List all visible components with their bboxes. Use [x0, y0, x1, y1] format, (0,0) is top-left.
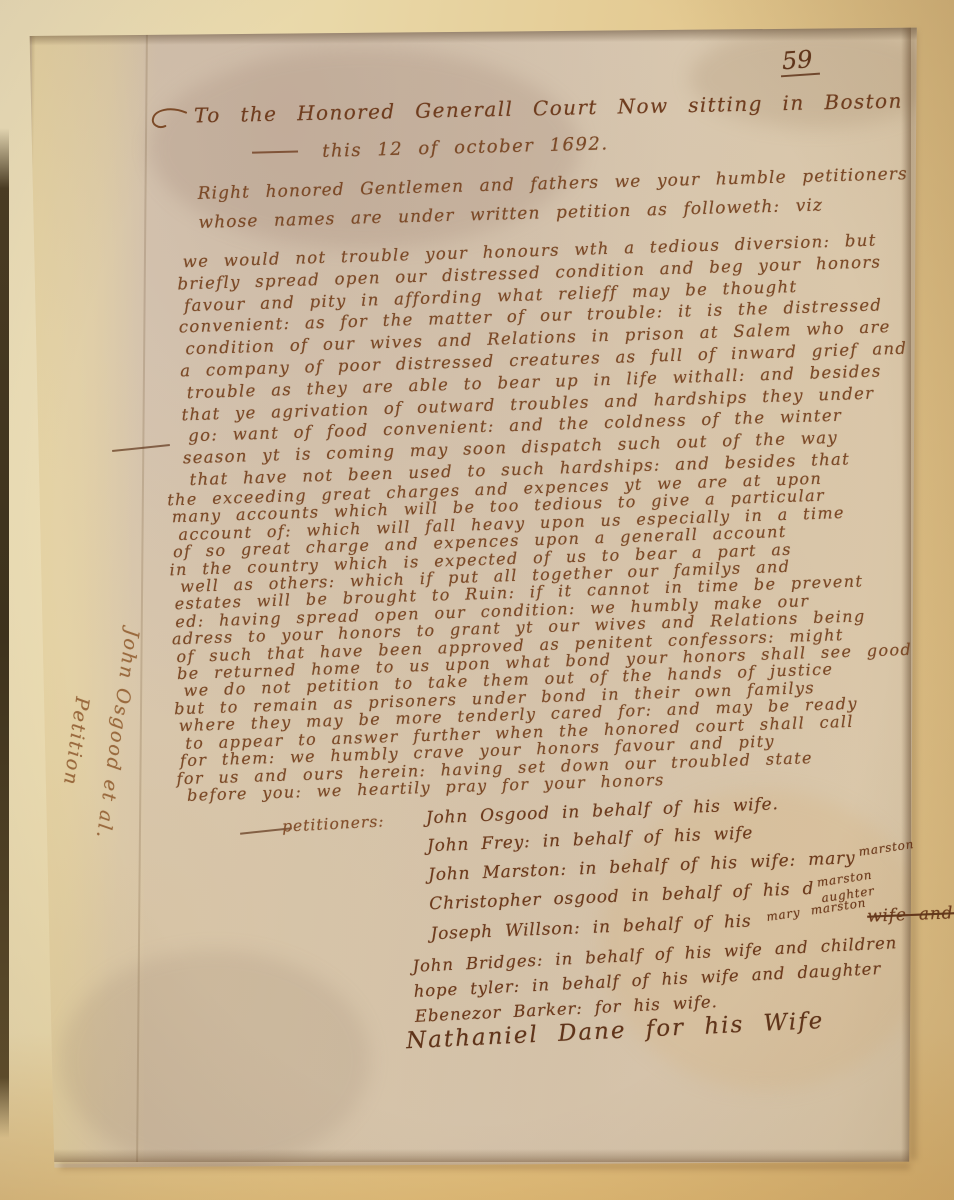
manuscript-photo: 59 To the Honored Generall Court Now sit… — [0, 0, 954, 1200]
sheet-shadow — [60, 1162, 910, 1170]
binding-edge — [0, 128, 9, 1138]
petition-body-upper: we would not trouble your honours wth a … — [176, 229, 911, 491]
petition-body-lower: the exceeding great charges and expences… — [171, 467, 916, 805]
scribal-flourish-icon — [148, 106, 191, 133]
signature-block-1: John Osgood in behalf of his wife.John F… — [425, 780, 954, 950]
pen-dash-icon — [252, 150, 298, 153]
page-number: 59 — [779, 45, 820, 78]
paper-stain — [60, 950, 370, 1170]
sheet-bottom-edge — [48, 1149, 910, 1162]
